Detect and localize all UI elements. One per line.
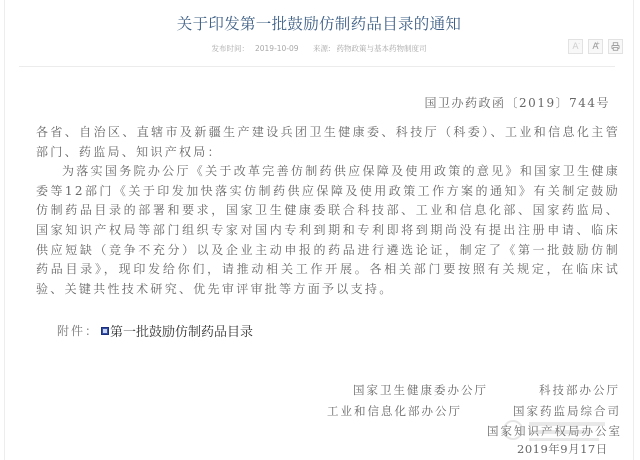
body-paragraph: 为落实国务院办公厅《关于改革完善仿制药供应保障及使用政策的意见》和国家卫生健康委… xyxy=(36,162,620,299)
font-larger-button[interactable]: A + xyxy=(588,39,603,54)
publish-label: 发布时间：2019-10-09 xyxy=(208,44,301,53)
signature-miit: 工业和信息化部办公厅 xyxy=(327,403,462,419)
document-page: 关于印发第一批鼓励仿制药品目录的通知 发布时间：2019-10-09 来源:药物… xyxy=(4,0,634,460)
attachment-link[interactable]: 第一批鼓励仿制药品目录 xyxy=(110,321,253,340)
document-body: 各省、自治区、直辖市及新疆生产建设兵团卫生健康委、科技厅（科委）、工业和信息化主… xyxy=(36,123,620,299)
source-value: 药物政策与基本药物制度司 xyxy=(337,44,427,53)
header-divider xyxy=(19,66,615,67)
file-icon xyxy=(101,327,109,335)
publish-meta: 发布时间：2019-10-09 来源:药物政策与基本药物制度司 xyxy=(5,43,633,54)
attachment: 附件： 第一批鼓励仿制药品目录 xyxy=(57,321,253,340)
attachment-label: 附件： xyxy=(57,322,99,339)
printer-icon xyxy=(611,42,620,51)
addressee: 各省、自治区、直辖市及新疆生产建设兵团卫生健康委、科技厅（科委）、工业和信息化主… xyxy=(36,123,620,162)
print-button[interactable] xyxy=(608,39,623,54)
document-number: 国卫办药政函〔2019〕744号 xyxy=(425,94,610,111)
source-label: 来源: xyxy=(313,44,331,53)
publish-date: 2019-10-09 xyxy=(255,44,299,53)
page-title: 关于印发第一批鼓励仿制药品目录的通知 xyxy=(5,12,633,34)
publish-label-text: 发布时间： xyxy=(211,44,249,53)
watermark-icon xyxy=(501,416,611,444)
signature-health-commission: 国家卫生健康委办公厅 xyxy=(353,382,488,398)
plus-sup: + xyxy=(596,41,600,47)
signature-most: 科技部办公厅 xyxy=(539,382,620,398)
article-toolbar: A - A + xyxy=(568,39,623,54)
minus-sup: - xyxy=(578,41,580,47)
source-meta: 来源:药物政策与基本药物制度司 xyxy=(310,44,430,53)
font-smaller-button[interactable]: A - xyxy=(568,39,583,54)
